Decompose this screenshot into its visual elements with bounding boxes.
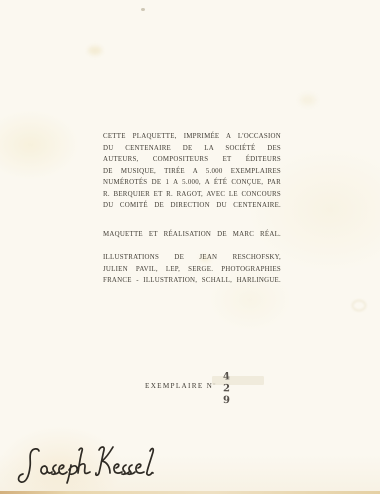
credit-line: JULIEN PAVIL, LEP, SERGE. PHOTOGRAPHIES xyxy=(103,264,281,276)
maquette-credit: MAQUETTE ET RÉALISATION DE MARC RÉAL. xyxy=(103,229,281,241)
stamp-band xyxy=(212,376,264,385)
maquette-credit-line: MAQUETTE ET RÉALISATION DE MARC RÉAL. xyxy=(103,229,281,241)
credit-line: ILLUSTRATIONS DE JEAN RESCHOFSKY, xyxy=(103,252,281,264)
edition-line: CETTE PLAQUETTE, IMPRIMÉE A L'OCCASION xyxy=(103,131,281,143)
illustration-credits: ILLUSTRATIONS DE JEAN RESCHOFSKY, JULIEN… xyxy=(103,252,281,287)
edition-line: AUTEURS, COMPOSITEURS ET ÉDITEURS xyxy=(103,154,281,166)
colophon-page: CETTE PLAQUETTE, IMPRIMÉE A L'OCCASION D… xyxy=(0,0,380,494)
edition-statement: CETTE PLAQUETTE, IMPRIMÉE A L'OCCASION D… xyxy=(103,131,281,212)
copy-number-row: EXEMPLAIRE Nº 429 xyxy=(145,375,217,389)
credit-line: FRANCE - ILLUSTRATION, SCHALL, HARLINGUE… xyxy=(103,275,281,287)
edition-line: DE MUSIQUE, TIRÉE A 5.000 EXEMPLAIRES xyxy=(103,166,281,178)
copy-number-stamp: 429 xyxy=(223,372,232,405)
edition-line: DU COMITÉ DE DIRECTION DU CENTENAIRE. xyxy=(103,200,281,212)
edition-line: R. BERQUIER ET R. RAGOT, AVEC LE CONCOUR… xyxy=(103,189,281,201)
signature: Joseph Kessel xyxy=(4,432,174,492)
signature-drawing xyxy=(4,432,174,492)
paper-speck xyxy=(141,8,145,11)
paper-stain xyxy=(88,46,102,55)
paper-ring-stain xyxy=(352,300,366,311)
copy-number-label: EXEMPLAIRE Nº xyxy=(145,382,217,390)
paper-stain xyxy=(300,95,316,105)
edition-line: DU CENTENAIRE DE LA SOCIÉTÉ DES xyxy=(103,143,281,155)
edition-line: NUMÉROTÉS DE 1 A 5.000, A ÉTÉ CONÇUE, PA… xyxy=(103,177,281,189)
